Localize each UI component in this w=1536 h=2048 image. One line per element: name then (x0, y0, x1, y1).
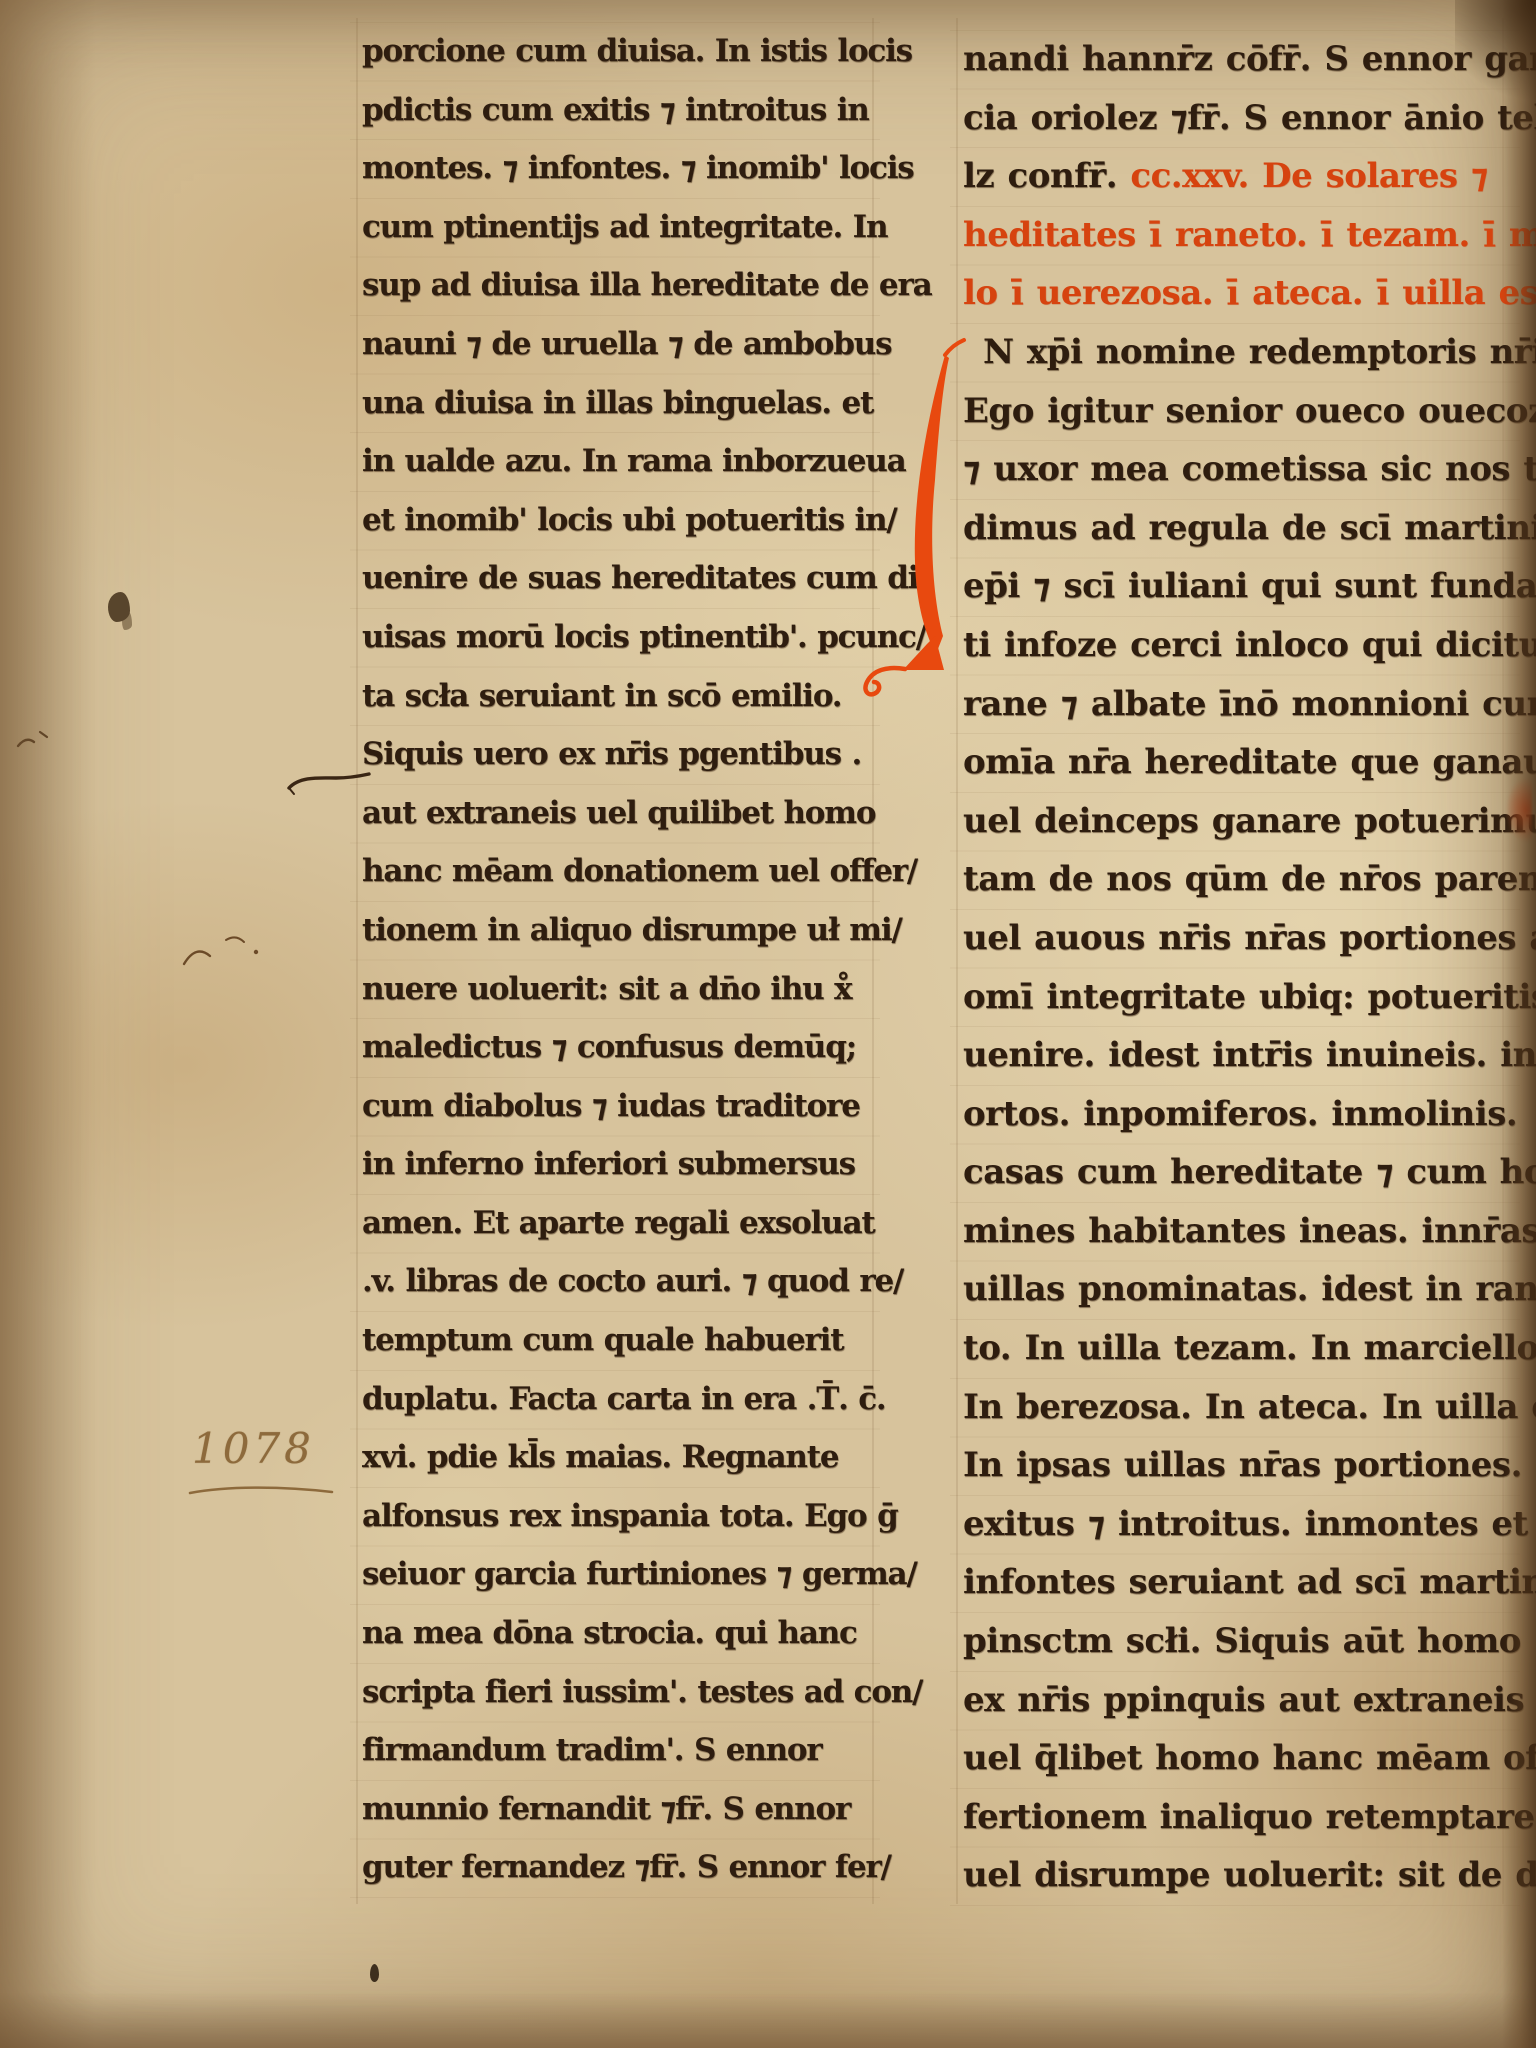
text-segment: In berezosa. In ateca. In uilla escusa. (963, 1387, 1536, 1427)
text-column-right: nandi hannr̄z cōfr̄. S ennor gar/cia ori… (963, 30, 1523, 1905)
manuscript-line: ex nr̄is ppinquis aut extraneis (963, 1671, 1523, 1730)
ink-speck (370, 1964, 379, 1982)
manuscript-page-photo: porcione cum diuisa. In istis locispdict… (0, 0, 1536, 2048)
manuscript-line: uel auous nr̄is nr̄as portiones ab (963, 909, 1523, 968)
manuscript-line: maledictus ⁊ confusus demūq; (362, 1018, 862, 1077)
manuscript-line: uenire de suas hereditates cum di/ (362, 549, 862, 608)
rubric-segment: heditates ī raneto. ī tezam. ī marciel/ (963, 215, 1536, 255)
manuscript-line: uel q̄libet homo hanc mēam of/ (963, 1729, 1523, 1788)
text-segment: nuere uoluerit: sit a dn̄o ihu x̊ (362, 971, 851, 1007)
text-segment: fertionem inaliquo retemptare (963, 1797, 1535, 1837)
text-segment: duplatu. Facta carta in era .T̄. c̄. (362, 1381, 886, 1417)
manuscript-line: guter fernandez ⁊fr̄. S ennor fer/ (362, 1838, 862, 1897)
pen-trial-squiggle (178, 930, 268, 974)
text-segment: uel auous nr̄is nr̄as portiones ab (963, 918, 1536, 958)
manuscript-line: omīa nr̄a hereditate que ganauim' (963, 733, 1523, 792)
manuscript-line: uisas morū locis ptinentib'. pcunc/ (362, 608, 862, 667)
manuscript-line: lo ī uerezosa. ī ateca. ī uilla escusa. (963, 264, 1523, 323)
manuscript-line: nuere uoluerit: sit a dn̄o ihu x̊ (362, 960, 862, 1019)
manuscript-line: uenire. idest intr̄is inuineis. in/ (963, 1026, 1523, 1085)
text-segment: infontes seruiant ad scī martini (963, 1562, 1536, 1602)
text-segment: In ipsas uillas nr̄as portiones. cum (963, 1445, 1536, 1485)
manuscript-line: In ipsas uillas nr̄as portiones. cum (963, 1436, 1523, 1495)
text-segment: exitus ⁊ introitus. inmontes et (963, 1504, 1528, 1544)
text-segment: .v. libras de cocto auri. ⁊ quod re/ (362, 1263, 903, 1299)
manuscript-line: fertionem inaliquo retemptare (963, 1788, 1523, 1847)
marginal-year-underline (186, 1482, 336, 1500)
manuscript-line: alfonsus rex inspania tota. Ego ḡ (362, 1487, 862, 1546)
manuscript-line: ortos. inpomiferos. inmolinis. (963, 1085, 1523, 1144)
text-segment: munnio fernandit ⁊fr̄. S ennor (362, 1791, 850, 1827)
manuscript-line: ti infoze cerci inloco qui dicitur fer/ (963, 616, 1523, 675)
manuscript-line: Siquis uero ex nr̄is pgentibus . (362, 725, 862, 784)
text-segment: porcione cum diuisa. In istis locis (362, 33, 912, 69)
manuscript-line: xvi. pdie kl̄s maias. Regnante (362, 1428, 862, 1487)
manuscript-line: omī integritate ubiq: potueritis in/ (963, 968, 1523, 1027)
text-segment: ta scła seruiant in scō emilio. (362, 678, 841, 714)
manuscript-line: heditates ī raneto. ī tezam. ī marciel/ (963, 206, 1523, 265)
manuscript-line: una diuisa in illas binguelas. et (362, 374, 862, 433)
rubric-segment: lo ī uerezosa. ī ateca. ī uilla escusa. (963, 273, 1536, 313)
text-segment: uel q̄libet homo hanc mēam of/ (963, 1738, 1536, 1778)
manuscript-line: ⁊ uxor mea cometissa sic nos tra/ (963, 440, 1523, 499)
paragraph-mark-dash (286, 766, 372, 796)
manuscript-line: to. In uilla tezam. In marciello. (963, 1319, 1523, 1378)
text-segment: pdictis cum exitis ⁊ introitus in (362, 92, 869, 128)
text-segment: na mea dōna strocia. qui hanc (362, 1615, 857, 1651)
text-segment: casas cum hereditate ⁊ cum ho/ (963, 1152, 1536, 1192)
manuscript-line: temptum cum quale habuerit (362, 1311, 862, 1370)
text-segment: una diuisa in illas binguelas. et (362, 385, 873, 421)
manuscript-line: hanc mēam donationem uel offer/ (362, 842, 862, 901)
text-segment: tionem in aliquo disrumpe uł mi/ (362, 912, 902, 948)
text-segment: hanc mēam donationem uel offer/ (362, 853, 917, 889)
manuscript-line: mines habitantes ineas. innr̄as (963, 1202, 1523, 1261)
text-segment: mines habitantes ineas. innr̄as (963, 1211, 1536, 1251)
text-segment: scripta fieri iussim'. testes ad con/ (362, 1674, 922, 1710)
manuscript-line: cia oriolez ⁊fr̄. S ennor ānio tel/ (963, 89, 1523, 148)
manuscript-line: rane ⁊ albate īnō monnioni cum (963, 675, 1523, 734)
text-segment: et inomib' locis ubi potueritis in/ (362, 502, 897, 538)
manuscript-line: dimus ad regula de scī martini (963, 499, 1523, 558)
text-segment: aut extraneis uel quilibet homo (362, 795, 875, 831)
text-segment: ⁊ uxor mea cometissa sic nos tra/ (963, 449, 1536, 489)
text-segment: pinsctm scłi. Siquis aūt homo (963, 1621, 1521, 1661)
manuscript-line: tionem in aliquo disrumpe uł mi/ (362, 901, 862, 960)
text-segment: temptum cum quale habuerit (362, 1322, 843, 1358)
text-segment: xvi. pdie kl̄s maias. Regnante (362, 1439, 838, 1475)
manuscript-line: uel disrumpe uoluerit: sit de deo (963, 1846, 1523, 1905)
manuscript-line: pinsctm scłi. Siquis aūt homo (963, 1612, 1523, 1671)
manuscript-line: duplatu. Facta carta in era .T̄. c̄. (362, 1370, 862, 1429)
manuscript-line: in ualde azu. In rama inborzueua (362, 432, 862, 491)
text-segment: uisas morū locis ptinentib'. pcunc/ (362, 619, 926, 655)
manuscript-line: scripta fieri iussim'. testes ad con/ (362, 1663, 862, 1722)
manuscript-line: aut extraneis uel quilibet homo (362, 784, 862, 843)
text-segment: to. In uilla tezam. In marciello. (963, 1328, 1536, 1368)
text-segment: guter fernandez ⁊fr̄. S ennor fer/ (362, 1849, 891, 1885)
manuscript-line: N xp̄i nomine redemptoris nr̄i. (963, 323, 1523, 382)
text-segment: tam de nos qūm de nr̄os parentes. (963, 859, 1536, 899)
manuscript-line: cum ptinentijs ad integritate. In (362, 198, 862, 257)
manuscript-line: cum diabolus ⁊ iudas traditore (362, 1077, 862, 1136)
manuscript-line: na mea dōna strocia. qui hanc (362, 1604, 862, 1663)
text-segment: ex nr̄is ppinquis aut extraneis (963, 1680, 1524, 1720)
text-segment: Siquis uero ex nr̄is pgentibus . (362, 736, 861, 772)
text-segment: cum ptinentijs ad integritate. In (362, 209, 887, 245)
page-edge-shadow-right (1502, 0, 1536, 2048)
manuscript-line: Ego igitur senior oueco ouecoz (963, 382, 1523, 441)
manuscript-line: seiuor garcia furtiniones ⁊ germa/ (362, 1545, 862, 1604)
manuscript-line: et inomib' locis ubi potueritis in/ (362, 491, 862, 550)
text-segment: seiuor garcia furtiniones ⁊ germa/ (362, 1556, 917, 1592)
text-segment: N xp̄i nomine redemptoris nr̄i. (983, 332, 1536, 372)
page-edge-shadow-left (0, 0, 96, 2048)
manuscript-line: pdictis cum exitis ⁊ introitus in (362, 81, 862, 140)
text-column-left: porcione cum diuisa. In istis locispdict… (362, 22, 862, 1897)
ink-blotch (108, 592, 130, 622)
rubric-segment: cc.xxv. De solares ⁊ (1130, 156, 1487, 196)
vertical-rule-left-column (356, 18, 358, 1904)
text-segment: nandi hannr̄z cōfr̄. S ennor gar/ (963, 39, 1536, 79)
text-segment: uel deinceps ganare potuerimus (963, 801, 1536, 841)
manuscript-line: In berezosa. In ateca. In uilla escusa. (963, 1378, 1523, 1437)
text-segment: omīa nr̄a hereditate que ganauim' (963, 742, 1536, 782)
page-edge-shadow-bottom (0, 1992, 1536, 2048)
text-segment: sup ad diuisa illa hereditate de era (362, 267, 931, 303)
manuscript-line: sup ad diuisa illa hereditate de era (362, 256, 862, 315)
text-segment: Ego igitur senior oueco ouecoz (963, 391, 1536, 431)
manuscript-line: firmandum tradim'. S ennor (362, 1721, 862, 1780)
text-segment: uel disrumpe uoluerit: sit de deo (963, 1855, 1536, 1895)
marginal-year-note: 1078 (192, 1424, 315, 1473)
manuscript-line: ta scła seruiant in scō emilio. (362, 667, 862, 726)
text-segment: in ualde azu. In rama inborzueua (362, 443, 906, 479)
manuscript-line: ep̄i ⁊ scī iuliani qui sunt funda/ (963, 557, 1523, 616)
vertical-rule-gutter-right (956, 18, 958, 1904)
manuscript-line: uel deinceps ganare potuerimus (963, 792, 1523, 851)
text-segment: uenire. idest intr̄is inuineis. in/ (963, 1035, 1536, 1075)
text-segment: ortos. inpomiferos. inmolinis. (963, 1094, 1517, 1134)
text-segment: ep̄i ⁊ scī iuliani qui sunt funda/ (963, 566, 1536, 606)
manuscript-line: infontes seruiant ad scī martini (963, 1553, 1523, 1612)
text-segment: nauni ⁊ de uruella ⁊ de ambobus (362, 326, 891, 362)
manuscript-line: tam de nos qūm de nr̄os parentes. (963, 850, 1523, 909)
text-segment: dimus ad regula de scī martini (963, 508, 1536, 548)
manuscript-line: porcione cum diuisa. In istis locis (362, 22, 862, 81)
manuscript-line: in inferno inferiori submersus (362, 1135, 862, 1194)
dark-corner-top-right (1455, 0, 1536, 100)
text-segment: uenire de suas hereditates cum di/ (362, 560, 928, 596)
text-segment: uillas pnominatas. idest in rane/ (963, 1269, 1536, 1309)
text-segment: montes. ⁊ infontes. ⁊ inomib' locis (362, 150, 914, 186)
text-segment: in inferno inferiori submersus (362, 1146, 855, 1182)
manuscript-line: montes. ⁊ infontes. ⁊ inomib' locis (362, 139, 862, 198)
text-segment: cum diabolus ⁊ iudas traditore (362, 1088, 860, 1124)
text-segment: omī integritate ubiq: potueritis in/ (963, 977, 1536, 1017)
manuscript-line: exitus ⁊ introitus. inmontes et (963, 1495, 1523, 1554)
text-segment: maledictus ⁊ confusus demūq; (362, 1029, 856, 1065)
manuscript-line: lz confr̄. cc.xxv. De solares ⁊ (963, 147, 1523, 206)
text-segment: firmandum tradim'. S ennor (362, 1732, 822, 1768)
text-segment: amen. Et aparte regali exsoluat (362, 1205, 875, 1241)
manuscript-line: munnio fernandit ⁊fr̄. S ennor (362, 1780, 862, 1839)
manuscript-line: nandi hannr̄z cōfr̄. S ennor gar/ (963, 30, 1523, 89)
manuscript-line: amen. Et aparte regali exsoluat (362, 1194, 862, 1253)
manuscript-line: nauni ⁊ de uruella ⁊ de ambobus (362, 315, 862, 374)
text-segment: alfonsus rex inspania tota. Ego ḡ (362, 1498, 898, 1534)
text-segment: ti infoze cerci inloco qui dicitur fer/ (963, 625, 1536, 665)
manuscript-line: uillas pnominatas. idest in rane/ (963, 1260, 1523, 1319)
manuscript-line: .v. libras de cocto auri. ⁊ quod re/ (362, 1252, 862, 1311)
text-segment: rane ⁊ albate īnō monnioni cum (963, 684, 1536, 724)
text-segment: cia oriolez ⁊fr̄. S ennor ānio tel/ (963, 98, 1536, 138)
illuminated-initial-i (845, 330, 975, 720)
text-segment: lz confr̄. (963, 156, 1130, 196)
manuscript-line: casas cum hereditate ⁊ cum ho/ (963, 1143, 1523, 1202)
